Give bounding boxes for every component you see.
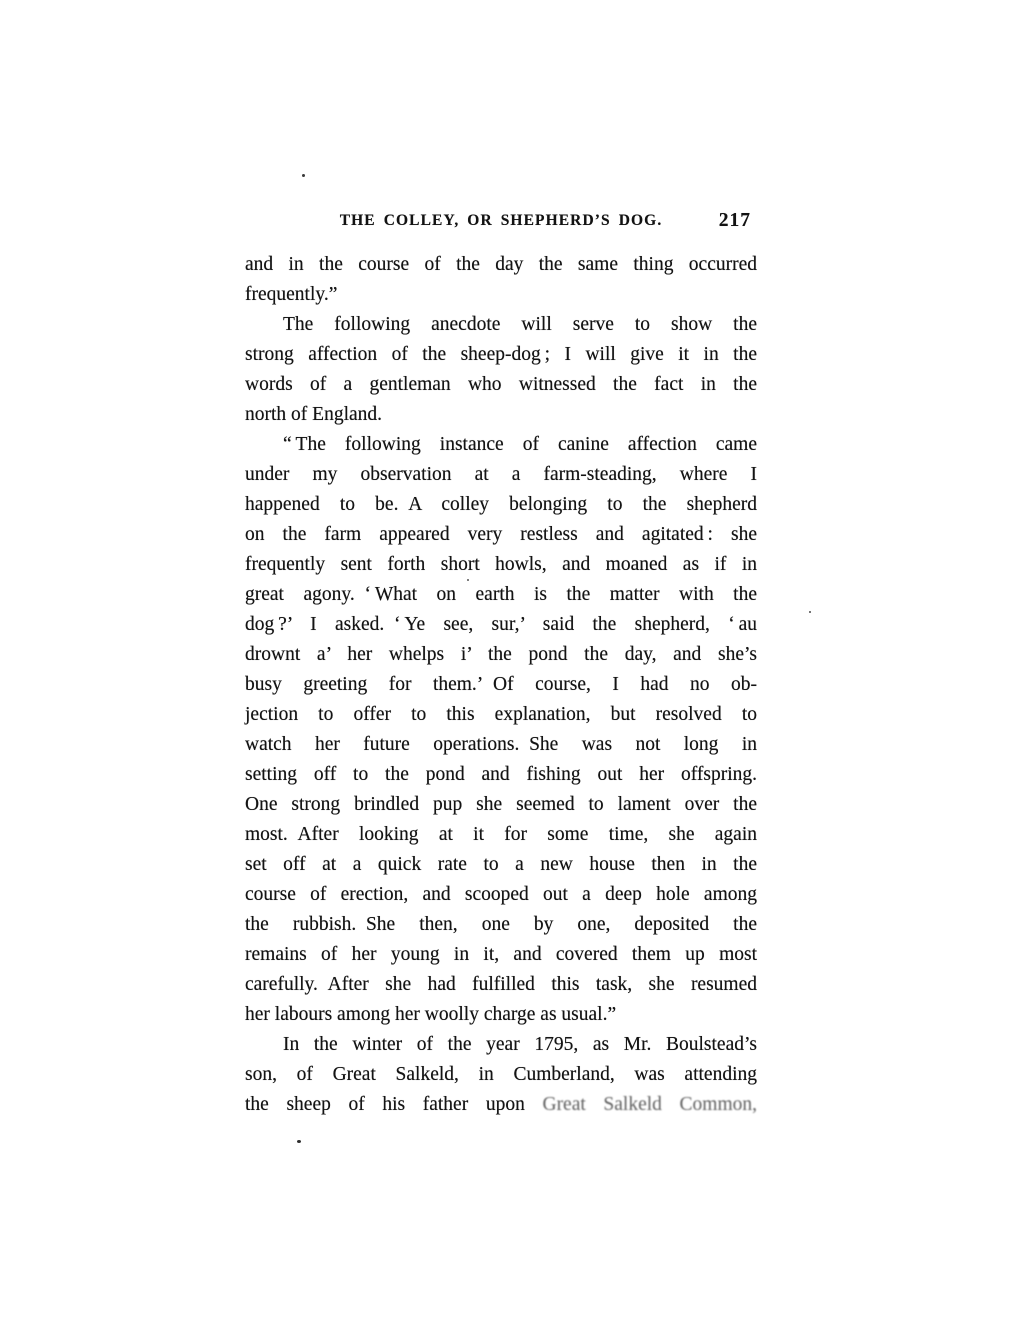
text-line: her labours among her woolly charge as u… xyxy=(245,1000,757,1030)
book-page: THE COLLEY, OR SHEPHERD’S DOG. 217 and i… xyxy=(0,0,1033,1339)
text-line: north of England. xyxy=(245,400,757,430)
faded-text: Great Salkeld Common, xyxy=(542,1094,757,1115)
text-line: watch her future operations. She was not… xyxy=(245,730,757,760)
text-line: In the winter of the year 1795, as Mr. B… xyxy=(245,1030,757,1060)
running-header-title: THE COLLEY, OR SHEPHERD’S DOG. xyxy=(245,212,757,230)
text-line: jection to offer to this explanation, bu… xyxy=(245,700,757,730)
text-line: strong affection of the sheep-dog ; I wi… xyxy=(245,340,757,370)
page-number: 217 xyxy=(719,210,751,232)
text-line: set off at a quick rate to a new house t… xyxy=(245,850,757,880)
ink-speck xyxy=(297,1140,301,1143)
body-text-block: and in the course of the day the same th… xyxy=(245,250,757,1120)
ink-speck xyxy=(809,611,811,613)
text-line: carefully. After she had fulfilled this … xyxy=(245,970,757,1000)
text-line: drownt a’ her whelps i’ the pond the day… xyxy=(245,640,757,670)
text-line: words of a gentleman who witnessed the f… xyxy=(245,370,757,400)
text-line: happened to be. A colley belonging to th… xyxy=(245,490,757,520)
text-line: under my observation at a farm-steading,… xyxy=(245,460,757,490)
text-line: remains of her young in it, and covered … xyxy=(245,940,757,970)
text-line: “ The following instance of canine affec… xyxy=(245,430,757,460)
text-line: The following anecdote will serve to sho… xyxy=(245,310,757,340)
text-line: frequently.” xyxy=(245,280,757,310)
text-line: the sheep of his father upon Great Salke… xyxy=(245,1090,757,1120)
running-header: THE COLLEY, OR SHEPHERD’S DOG. 217 xyxy=(245,210,757,236)
text-line: course of erection, and scooped out a de… xyxy=(245,880,757,910)
text-line: on the farm appeared very restless and a… xyxy=(245,520,757,550)
text-line: One strong brindled pup she seemed to la… xyxy=(245,790,757,820)
text-line: son, of Great Salkeld, in Cumberland, wa… xyxy=(245,1060,757,1090)
text-line: busy greeting for them.’ Of course, I ha… xyxy=(245,670,757,700)
text-line: the rubbish. She then, one by one, depos… xyxy=(245,910,757,940)
text-line: dog ?’ I asked. ‘ Ye see, sur,’ said the… xyxy=(245,610,757,640)
text-line-normal: the sheep of his father upon xyxy=(245,1094,542,1115)
text-line: setting off to the pond and fishing out … xyxy=(245,760,757,790)
text-line: great agony. ‘ What on earth is the matt… xyxy=(245,580,757,610)
ink-speck xyxy=(302,174,305,177)
text-line: frequently sent forth short howls, and m… xyxy=(245,550,757,580)
text-line: and in the course of the day the same th… xyxy=(245,250,757,280)
text-line: most. After looking at it for some time,… xyxy=(245,820,757,850)
ink-speck xyxy=(467,579,469,581)
